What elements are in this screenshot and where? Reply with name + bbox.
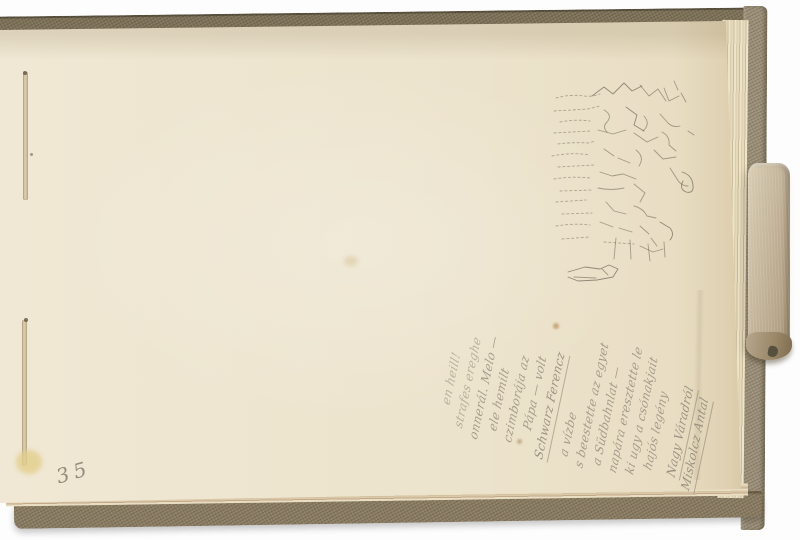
stitch-knot [30, 153, 33, 156]
stitch-knot [24, 318, 28, 322]
foxing-spot [344, 256, 358, 266]
binding-stitch-top [23, 72, 28, 200]
page-stain [16, 450, 42, 474]
sketchbook-photo: en heill! strafes ereghe onnerál. Melo —… [0, 0, 800, 540]
cloth-tab [748, 163, 790, 355]
binding-stitch-bottom [22, 320, 27, 466]
stitch-knot [23, 71, 27, 75]
